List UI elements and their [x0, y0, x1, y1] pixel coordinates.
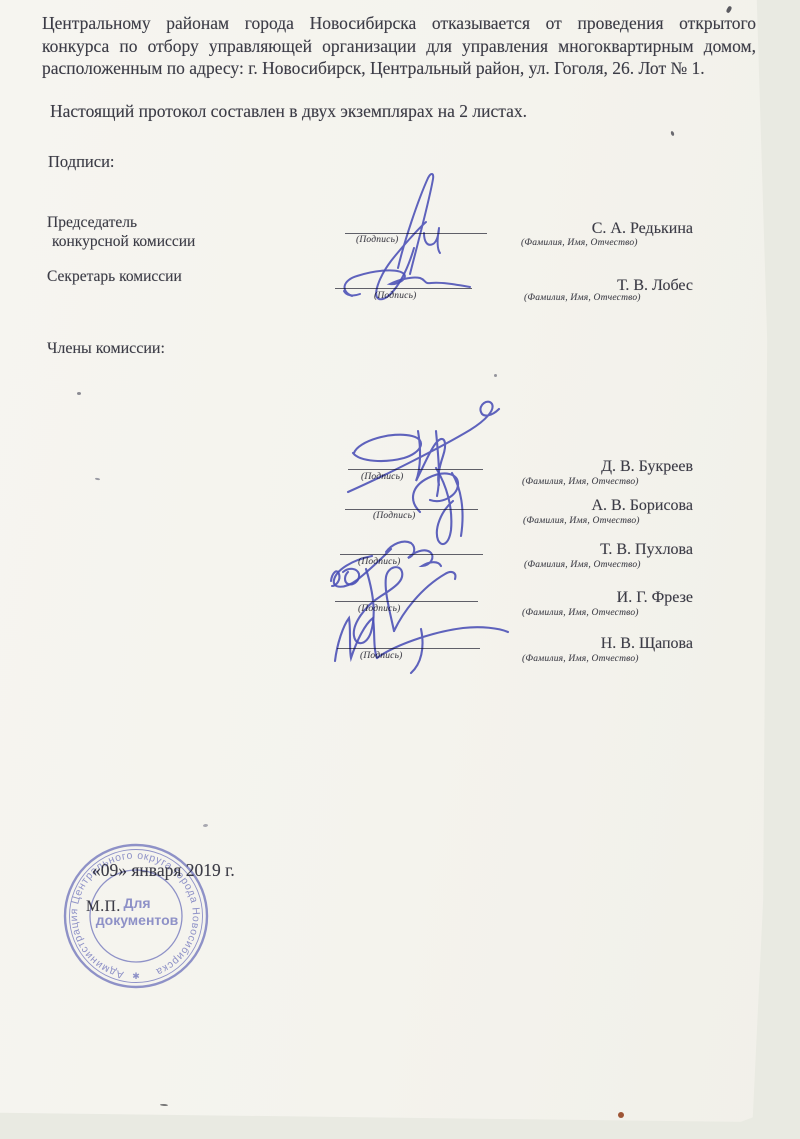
signature-line	[345, 509, 478, 510]
signature-caption: (Подпись)	[356, 235, 398, 245]
full-name-caption: (Фамилия, Имя, Отчество)	[522, 608, 639, 618]
signature-line	[340, 554, 483, 555]
full-name-caption: (Фамилия, Имя, Отчество)	[524, 560, 641, 570]
full-name-caption: (Фамилия, Имя, Отчество)	[522, 477, 639, 487]
paragraph-line: расположенным по адресу: г. Новосибирск,…	[42, 57, 756, 80]
paper-sheet: Центральному районам города Новосибирска…	[0, 0, 800, 1139]
member-name: Д. В. Букреев	[480, 458, 693, 476]
signature-caption: (Подпись)	[373, 511, 415, 521]
signatures-heading: Подписи:	[48, 152, 114, 172]
scan-speck	[95, 478, 100, 481]
signature-line	[337, 648, 480, 649]
member-name: А. В. Борисова	[480, 497, 693, 515]
full-name-caption: (Фамилия, Имя, Отчество)	[522, 654, 639, 664]
scan-speck	[494, 374, 497, 377]
signature-line	[345, 233, 487, 234]
signature-caption: (Подпись)	[358, 557, 400, 567]
members-heading: Члены комиссии:	[47, 340, 165, 358]
officer-role-line1: Председатель	[47, 214, 137, 232]
officer-name: С. А. Редькина	[480, 220, 693, 238]
signature-caption: (Подпись)	[360, 651, 402, 661]
signature-caption: (Подпись)	[361, 472, 403, 482]
scan-speck	[203, 824, 208, 828]
signature-line	[335, 601, 478, 602]
paragraph-line: Центральному районам города Новосибирска…	[42, 12, 756, 35]
full-name-caption: (Фамилия, Имя, Отчество)	[521, 238, 638, 248]
full-name-caption: (Фамилия, Имя, Отчество)	[523, 516, 640, 526]
scan-speck	[670, 131, 675, 137]
scan-speck	[160, 1104, 168, 1106]
full-name-caption: (Фамилия, Имя, Отчество)	[524, 293, 641, 303]
date-line: «09» января 2019 г.	[92, 860, 235, 881]
member-name: Н. В. Щапова	[480, 635, 693, 653]
scan-speck	[618, 1112, 624, 1118]
officer-role-line1: Секретарь комиссии	[47, 268, 182, 286]
signature-line	[348, 469, 483, 470]
signature-caption: (Подпись)	[374, 291, 416, 301]
scan-speck	[77, 392, 81, 395]
copies-statement: Настоящий протокол составлен в двух экзе…	[50, 101, 527, 122]
member-name: Т. В. Пухлова	[480, 541, 693, 559]
member-name: И. Г. Фрезе	[480, 589, 693, 607]
scanned-protocol-page: { "doc": { "paragraph1_lines": [ "Центра…	[0, 0, 800, 1139]
signature-caption: (Подпись)	[358, 604, 400, 614]
paragraph-line: конкурса по отбору управляющей организац…	[42, 35, 756, 58]
body-paragraph: Центральному районам города Новосибирска…	[42, 12, 756, 80]
signature-line	[335, 288, 472, 289]
seal-placeholder-label: М.П.	[86, 898, 121, 916]
officer-role-line2: конкурсной комиссии	[52, 233, 195, 251]
